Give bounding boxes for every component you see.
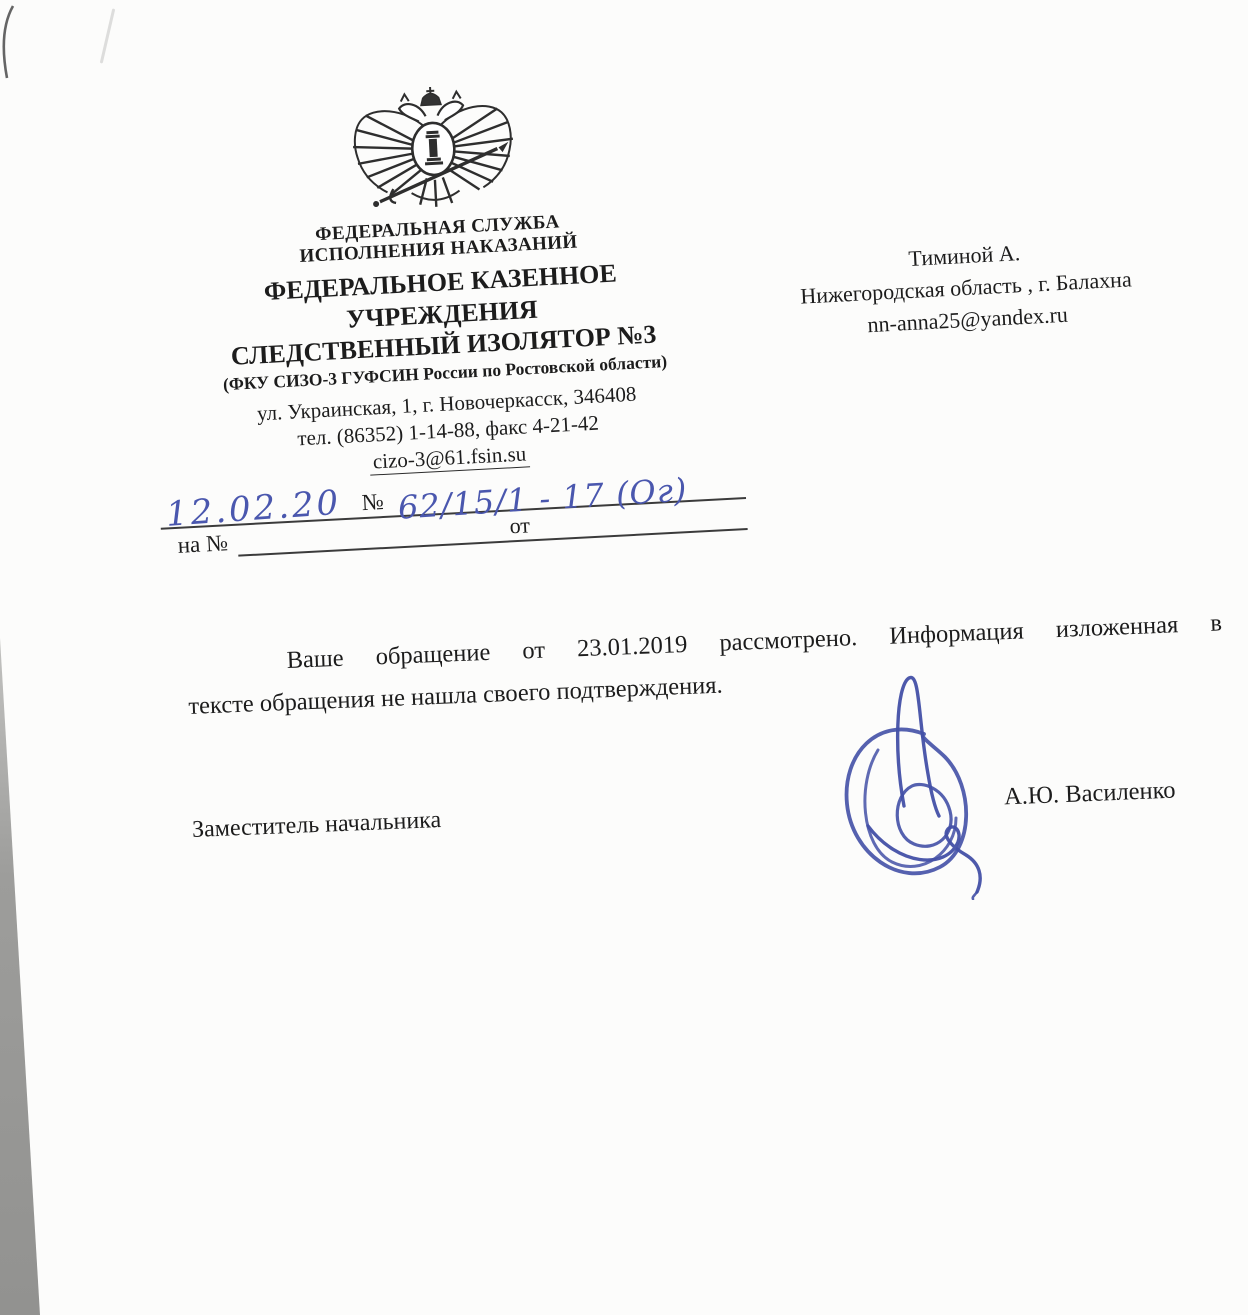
scanner-edge-shadow xyxy=(0,638,40,1315)
signoff-position: Заместитель начальника xyxy=(192,807,442,844)
body-paragraph: Ваше обращение от 23.01.2019 рассмотрено… xyxy=(186,604,1224,725)
letterhead-block: ФЕДЕРАЛЬНАЯ СЛУЖБА ИСПОЛНЕНИЯ НАКАЗАНИЙ … xyxy=(170,72,713,559)
fsin-eagle-emblem xyxy=(344,81,522,218)
reply-to-number-label: на № xyxy=(177,530,239,560)
scan-corner-artifact xyxy=(0,4,22,84)
signoff-name: А.Ю. Василенко xyxy=(1004,777,1177,812)
recipient-block: Тиминой А. Нижегородская область , г. Ба… xyxy=(738,228,1194,347)
signature-scribble xyxy=(806,656,1010,900)
number-sign-label: № xyxy=(361,489,384,516)
scan-streak xyxy=(100,8,116,63)
scanned-letter-page: ФЕДЕРАЛЬНАЯ СЛУЖБА ИСПОЛНЕНИЯ НАКАЗАНИЙ … xyxy=(0,0,1248,1315)
